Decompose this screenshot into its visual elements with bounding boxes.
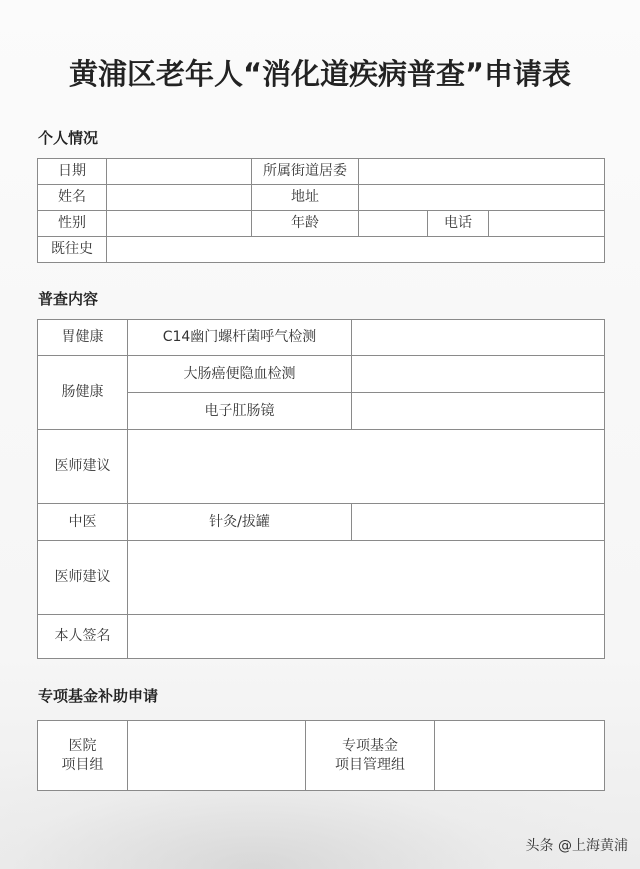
phone-label: 电话 xyxy=(428,211,489,237)
page-title: 黄浦区老年人“消化道疾病普查”申请表 xyxy=(0,52,640,93)
gender-field[interactable] xyxy=(107,211,252,237)
doctor-advice-label: 医师建议 xyxy=(38,430,128,504)
hospital-group-label: 医院 项目组 xyxy=(38,721,128,791)
stomach-label: 胃健康 xyxy=(38,320,128,356)
table-row: 姓名 地址 xyxy=(38,185,605,211)
name-label: 姓名 xyxy=(38,185,107,211)
table-row: 医师建议 xyxy=(38,430,605,504)
screening-table: 胃健康 C14幽门螺杆菌呼气检测 肠健康 大肠癌便隐血检测 电子肛肠镜 医师建议… xyxy=(37,319,605,659)
phone-field[interactable] xyxy=(489,211,605,237)
watermark: 头条 @上海黄浦 xyxy=(526,835,628,855)
intestine-item-colonoscopy: 电子肛肠镜 xyxy=(128,393,352,430)
committee-field[interactable] xyxy=(359,159,605,185)
doctor-advice-field[interactable] xyxy=(128,430,605,504)
intestine-colonoscopy-result-field[interactable] xyxy=(352,393,605,430)
hospital-group-field[interactable] xyxy=(128,721,306,791)
fund-management-field[interactable] xyxy=(435,721,605,791)
stomach-result-field[interactable] xyxy=(352,320,605,356)
age-label: 年龄 xyxy=(252,211,359,237)
address-label: 地址 xyxy=(252,185,359,211)
signature-label: 本人签名 xyxy=(38,615,128,659)
tcm-doctor-advice-field[interactable] xyxy=(128,541,605,615)
stomach-item: C14幽门螺杆菌呼气检测 xyxy=(128,320,352,356)
tcm-doctor-advice-label: 医师建议 xyxy=(38,541,128,615)
history-label: 既往史 xyxy=(38,237,107,263)
committee-label: 所属街道居委 xyxy=(252,159,359,185)
hospital-group-label-line1: 医院 xyxy=(38,737,127,756)
name-field[interactable] xyxy=(107,185,252,211)
section-heading-fund: 专项基金补助申请 xyxy=(38,685,158,706)
tcm-result-field[interactable] xyxy=(352,504,605,541)
table-row: 中医 针灸/拔罐 xyxy=(38,504,605,541)
section-heading-personal: 个人情况 xyxy=(38,127,98,148)
intestine-item-fobt: 大肠癌便隐血检测 xyxy=(128,356,352,393)
table-row: 医院 项目组 专项基金 项目管理组 xyxy=(38,721,605,791)
tcm-label: 中医 xyxy=(38,504,128,541)
table-row: 性别 年龄 电话 xyxy=(38,211,605,237)
table-row: 日期 所属街道居委 xyxy=(38,159,605,185)
gender-label: 性别 xyxy=(38,211,107,237)
personal-info-table: 日期 所属街道居委 姓名 地址 性别 年龄 电话 既往史 xyxy=(37,158,605,263)
intestine-fobt-result-field[interactable] xyxy=(352,356,605,393)
fund-management-label-line2: 项目管理组 xyxy=(306,756,434,775)
fund-management-label: 专项基金 项目管理组 xyxy=(306,721,435,791)
intestine-label: 肠健康 xyxy=(38,356,128,430)
hospital-group-label-line2: 项目组 xyxy=(38,756,127,775)
tcm-item: 针灸/拔罐 xyxy=(128,504,352,541)
fund-management-label-line1: 专项基金 xyxy=(306,737,434,756)
address-field[interactable] xyxy=(359,185,605,211)
fund-table: 医院 项目组 专项基金 项目管理组 xyxy=(37,720,605,791)
table-row: 医师建议 xyxy=(38,541,605,615)
date-label: 日期 xyxy=(38,159,107,185)
history-field[interactable] xyxy=(107,237,605,263)
date-field[interactable] xyxy=(107,159,252,185)
table-row: 本人签名 xyxy=(38,615,605,659)
table-row: 肠健康 大肠癌便隐血检测 xyxy=(38,356,605,393)
table-row: 胃健康 C14幽门螺杆菌呼气检测 xyxy=(38,320,605,356)
section-heading-screening: 普查内容 xyxy=(38,288,98,309)
age-field[interactable] xyxy=(359,211,428,237)
table-row: 既往史 xyxy=(38,237,605,263)
signature-field[interactable] xyxy=(128,615,605,659)
